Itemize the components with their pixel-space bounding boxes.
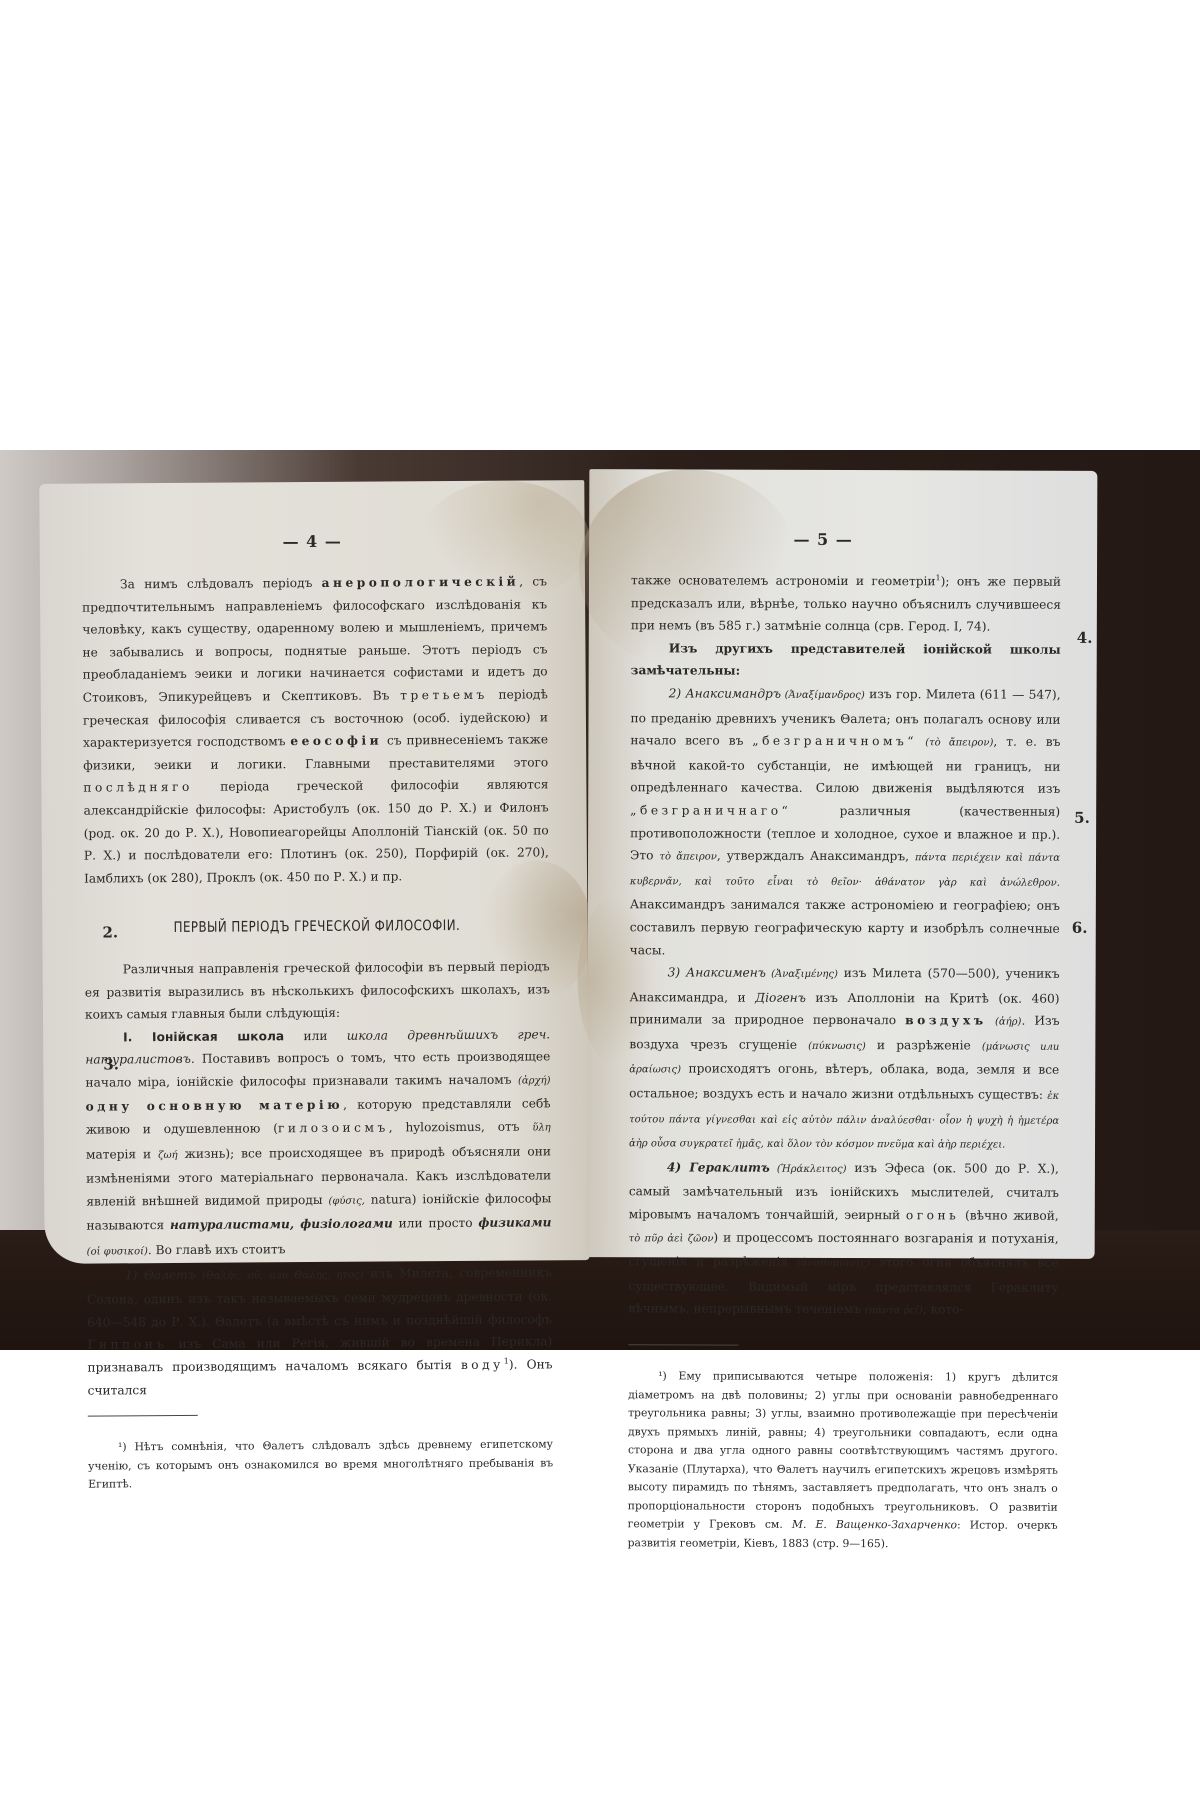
paragraph: также основателемъ астрономіи и геометрі… [631, 569, 1061, 638]
paragraph: 4) Гераклитъ (Ἡράκλειτος) изъ Эфеса (ок.… [628, 1156, 1059, 1324]
paragraph: 3) Анаксименъ (Ἀναξιμένης) изъ Милета (5… [629, 961, 1060, 1157]
paragraph: 2) Анаксимандръ (Ἀναξίμανδρος) изъ гор. … [630, 682, 1061, 963]
paragraph: За нимъ слѣдовалъ періодъ анеропологичес… [82, 570, 549, 890]
margin-number: 6. [1072, 919, 1088, 937]
page-number: — 5 — [569, 529, 1077, 550]
margin-number: 4. [1077, 629, 1093, 647]
footnote: ¹) Ему приписываются четыре положенія: 1… [628, 1367, 1059, 1553]
footnote: ¹) Нѣтъ сомнѣнія, что Θалетъ слѣдовалъ з… [88, 1436, 553, 1495]
right-page: — 5 — также основателемъ астрономіи и ге… [587, 469, 1098, 1259]
margin-number: 5. [1074, 809, 1090, 827]
paragraph: Различныя направленія греческой философі… [85, 955, 550, 1026]
footnote-rule [628, 1344, 738, 1345]
footnote-rule [88, 1415, 198, 1417]
section-heading: ПЕРВЫЙ ПЕРІОДЪ ГРЕЧЕСКОЙ ФИЛОСОФІИ. [126, 915, 507, 940]
page-number: — 4 — [40, 530, 585, 553]
margin-number: 2. [102, 923, 118, 941]
left-page: — 4 — За нимъ слѣдовалъ періодъ анеропол… [39, 480, 589, 1264]
right-body: также основателемъ астрономіи и геометрі… [628, 569, 1061, 1553]
paragraph: 1) Θалетъ (Θαλῆς, οῦ, или Θάλης, ητος) и… [87, 1261, 553, 1402]
margin-number: 3. [103, 1055, 119, 1073]
paragraph: Изъ другихъ представителей іонійской шко… [631, 637, 1061, 684]
paragraph: I. Іонійская школа или школа древнѣйшихъ… [85, 1023, 552, 1264]
left-body: За нимъ слѣдовалъ періодъ анеропологичес… [82, 570, 553, 1494]
